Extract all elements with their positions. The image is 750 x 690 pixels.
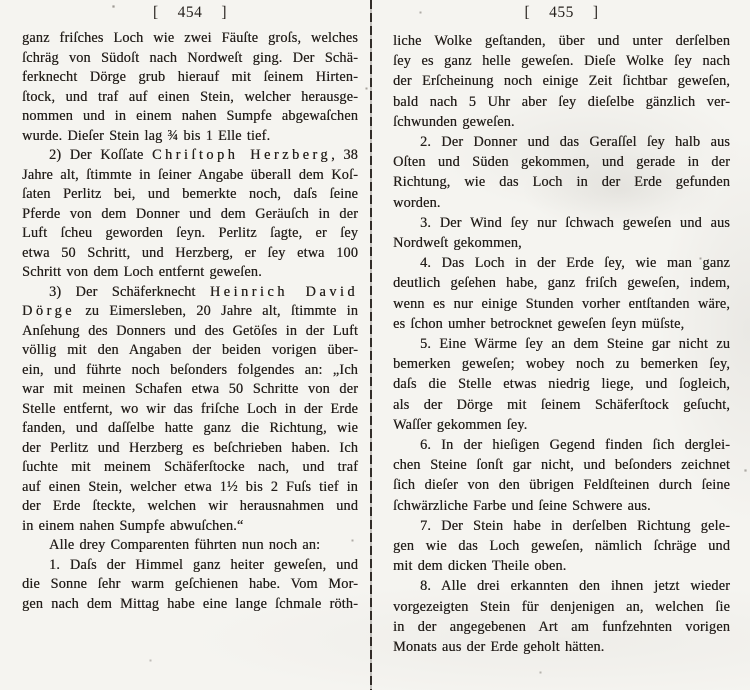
text-segment: 2) Der Koſſate — [49, 147, 152, 163]
text-line: vorgezeigten Stein für denjenigen an, we… — [393, 597, 730, 617]
text-line: ſchwärzliche Farbe und ſeine Schwere aus… — [393, 496, 730, 516]
text-line: die Sonne ſehr warm geſchienen habe. Vom… — [22, 575, 358, 595]
text-line: bemerken geweſen; wobey noch zu bemerken… — [393, 354, 730, 374]
letterspaced-name: Chriſtoph Herzberg — [152, 147, 331, 163]
text-line: 8. Alle drei erkannten den ihnen jetzt w… — [393, 576, 730, 596]
text-line: Richtung, wie das Loch in der Erde gefun… — [393, 172, 730, 192]
text-line: ſuchte mit meinem Schäferſtocke nach, un… — [22, 458, 358, 478]
text-line: der Perlitz und Herzberg es beſchrieben … — [22, 439, 358, 459]
text-line: Nordweſt gekommen, — [393, 233, 730, 253]
text-line: daſs die Stelle etwas niedrig liege, und… — [393, 374, 730, 394]
text-line: 3. Der Wind ſey nur ſchwach geweſen und … — [393, 213, 730, 233]
text-line: ſchräg von Südoſt nach Nordweſt ging. De… — [22, 49, 358, 69]
text-line: gen nach dem Mittag habe eine lange ſchm… — [22, 595, 358, 615]
scan-noise-specks — [0, 0, 1, 1]
text-line: 2) Der Koſſate Chriſtoph Herzberg, 38 — [22, 146, 358, 166]
text-line: ein, und führte noch beſonders folgendes… — [22, 361, 358, 381]
text-line: 7. Der Stein habe in derſelben Richtung … — [393, 516, 730, 536]
text-segment: 3) Der Schäferknecht — [49, 284, 210, 300]
text-line: chen Steine ſonſt gar nicht, und beſonde… — [393, 455, 730, 475]
text-line: Stelle entfernt, wo wir das friſche Loch… — [22, 400, 358, 420]
letterspaced-name: Dörge — [22, 303, 75, 319]
text-line: ſaten Perlitz bei, und bemerkte noch, da… — [22, 185, 358, 205]
text-line: war mit meinen Schafen etwa 50 Schritte … — [22, 380, 358, 400]
text-line: worden. — [393, 193, 730, 213]
text-line: mit dem dicken Theile oben. — [393, 556, 730, 576]
page-header: [ 454 ] — [22, 4, 358, 22]
page-455: [ 455 ] liche Wolke geſtanden, über und … — [393, 4, 730, 657]
text-line: auf einen Stein, welcher etwa 1½ bis 2 F… — [22, 478, 358, 498]
header-bracket-open: [ — [524, 4, 530, 22]
text-line: ſey es ganz helle geweſen. Dieſe Wolke ſ… — [393, 51, 730, 71]
text-line: in der angegebenen Art am funfzehnten vo… — [393, 617, 730, 637]
text-line: Pferde von dem Donner und dem Geräuſch i… — [22, 205, 358, 225]
text-line: völlig mit den Angaben der beiden vorige… — [22, 341, 358, 361]
text-line: bald nach 5 Uhr aber ſey dieſelbe gänzli… — [393, 92, 730, 112]
page-divider-line — [370, 0, 372, 690]
text-line: Luft ſcheu geworden ſeyn. Perlitz ſagte,… — [22, 224, 358, 244]
text-line: Schritt von dem Loch entfernt geweſen. — [22, 263, 358, 283]
text-line: liche Wolke geſtanden, über und unter de… — [393, 31, 730, 51]
page-454: [ 454 ] ganz friſches Loch wie zwei Fäuſ… — [22, 4, 358, 614]
text-line: Waſſer gekommen ſey. — [393, 415, 730, 435]
text-line: etwa 50 Schritt, und Herzberg, er ſey et… — [22, 244, 358, 264]
text-line: 2. Der Donner und das Geraſſel ſey halb … — [393, 132, 730, 152]
page-text-column: liche Wolke geſtanden, über und unter de… — [393, 31, 730, 657]
text-line: in einem nahen Sumpfe abwuſchen.“ — [22, 517, 358, 537]
text-line: 3) Der Schäferknecht Heinrich David — [22, 283, 358, 303]
text-line: Anſehung des Donners und des Getöſes in … — [22, 322, 358, 342]
text-line: 4. Das Loch in der Erde ſey, wie man gan… — [393, 253, 730, 273]
header-bracket-close: ] — [221, 4, 227, 22]
text-line: wenn es nur einige Stunden vorher entſta… — [393, 294, 730, 314]
text-line: als der Dörge mit ſeinem Schäferſtock ge… — [393, 395, 730, 415]
text-line: ganz friſches Loch wie zwei Fäuſte groſs… — [22, 29, 358, 49]
text-line: ſchwunden geweſen. — [393, 112, 730, 132]
text-line: der Erſcheinung noch einige Zeit ſichtba… — [393, 71, 730, 91]
text-segment: zu Eimersleben, 20 Jahre alt, ſtimmte in — [75, 303, 358, 319]
header-bracket-open: [ — [153, 4, 159, 22]
text-line: Jahre alt, ſtimmte in ſeiner Angabe über… — [22, 166, 358, 186]
text-line: ferknecht Dörge grub hierauf mit ſeinem … — [22, 68, 358, 88]
text-line: 6. In der hieſigen Gegend finden ſich de… — [393, 435, 730, 455]
text-line: Monats aus der Erde geholt hätten. — [393, 637, 730, 657]
page-header: [ 455 ] — [393, 4, 730, 22]
text-line: deutlich geſehen habe, ganz friſch geweſ… — [393, 273, 730, 293]
text-line: Alle drey Comparenten führten nun noch a… — [22, 536, 358, 556]
text-line: der Erde ſteckte, welchen wir herausnahm… — [22, 497, 358, 517]
text-line: 1. Daſs der Himmel ganz heiter geweſen, … — [22, 556, 358, 576]
text-line: gen wie das Loch geweſen, nämlich ſchräg… — [393, 536, 730, 556]
text-line: Dörge zu Eimersleben, 20 Jahre alt, ſtim… — [22, 302, 358, 322]
page-number: 455 — [549, 4, 574, 22]
page-text-column: ganz friſches Loch wie zwei Fäuſte groſs… — [22, 29, 358, 614]
text-line: ſich dieſer von den übrigen Feldſteinen … — [393, 475, 730, 495]
letterspaced-name: Heinrich David — [210, 284, 358, 300]
text-line: Oſten und Süden gekommen, und gerade in … — [393, 152, 730, 172]
text-line: ſtock, und traf auf einen Stein, welcher… — [22, 88, 358, 108]
text-segment: , 38 — [331, 147, 358, 163]
text-line: fanden, und daſſelbe hatte ganz die Rich… — [22, 419, 358, 439]
text-line: es ſchon umher betrocknet geweſen ſeyn m… — [393, 314, 730, 334]
text-line: 5. Eine Wärme ſey an dem Steine gar nich… — [393, 334, 730, 354]
scanned-book-spread: [ 454 ] ganz friſches Loch wie zwei Fäuſ… — [0, 0, 750, 690]
text-line: nommen und in einem nahen Sumpfe abgewaſ… — [22, 107, 358, 127]
header-bracket-close: ] — [593, 4, 599, 22]
text-line: wurde. Dieſer Stein lag ¾ bis 1 Elle tie… — [22, 127, 358, 147]
page-number: 454 — [178, 4, 203, 22]
